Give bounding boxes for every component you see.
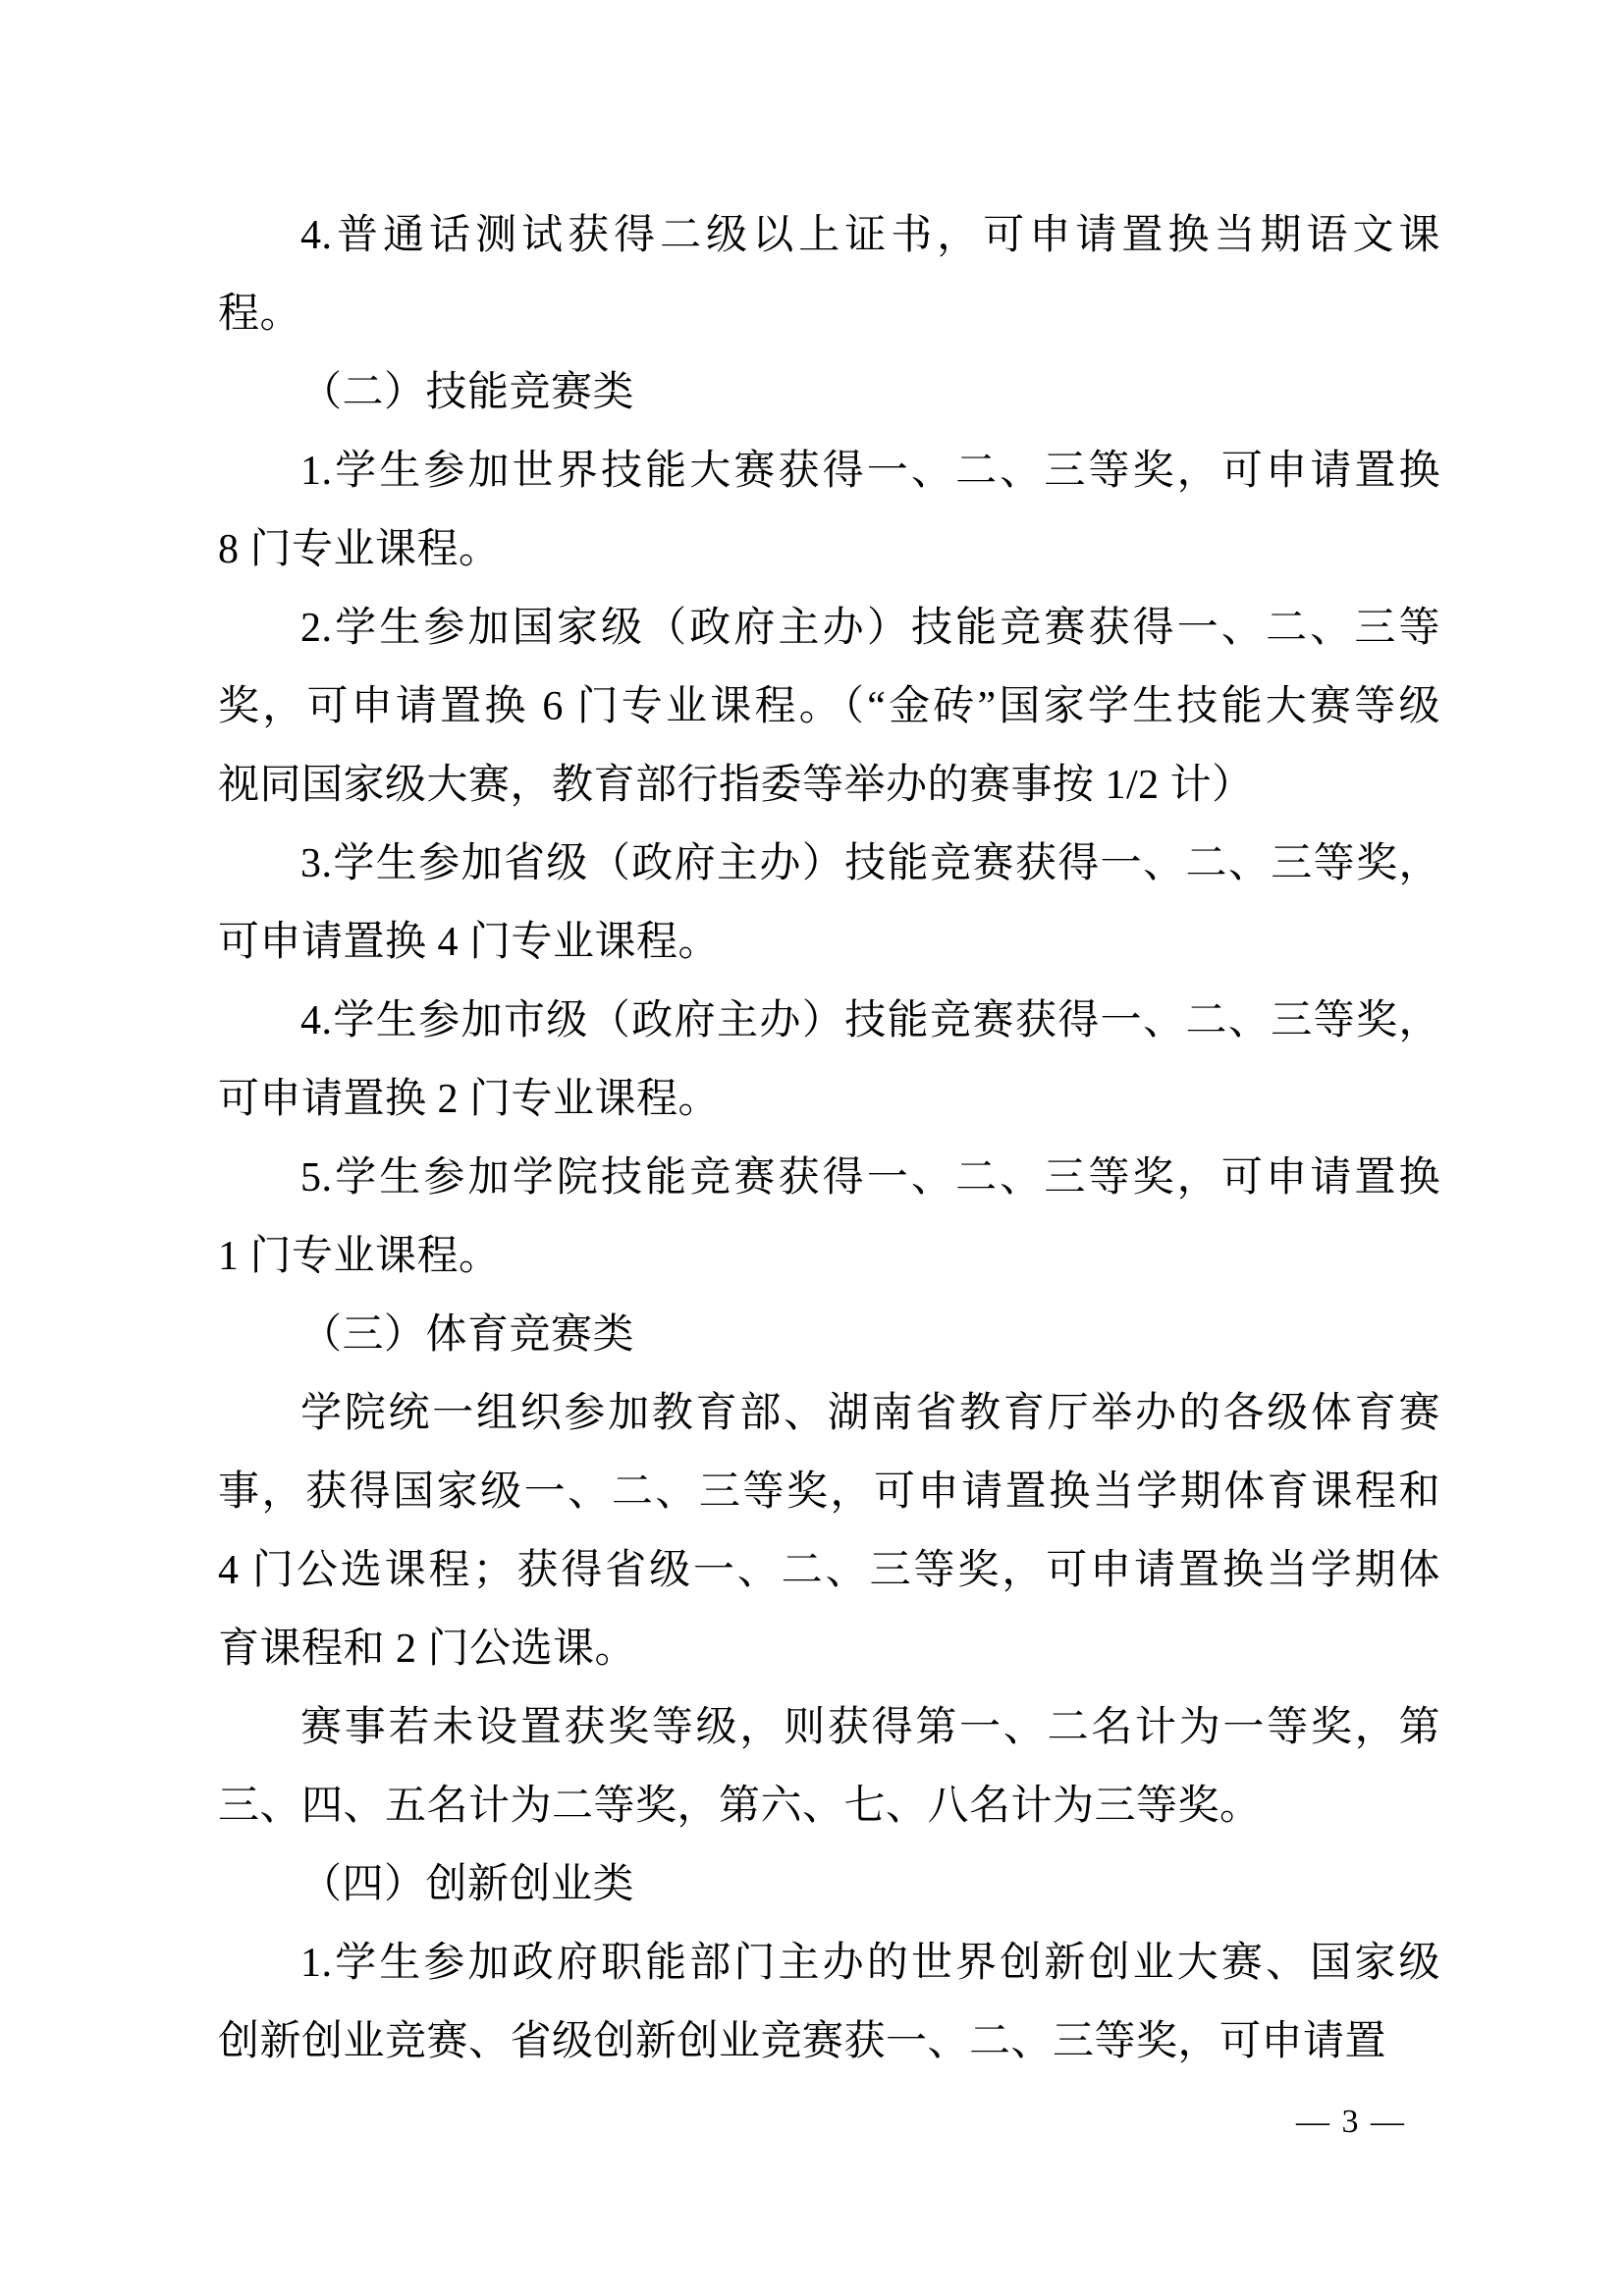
text-line: （四）创新创业类 (218, 1845, 1440, 1924)
text-line: 奖，可申请置换 6 门专业课程。（“金砖”国家学生技能大赛等级 (218, 667, 1440, 746)
paragraph: 2.学生参加国家级（政府主办）技能竞赛获得一、二、三等奖，可申请置换 6 门专业… (218, 589, 1440, 825)
text-line: 学院统一组织参加教育部、湖南省教育厅举办的各级体育赛 (218, 1374, 1440, 1453)
paragraph: 学院统一组织参加教育部、湖南省教育厅举办的各级体育赛事，获得国家级一、二、三等奖… (218, 1374, 1440, 1688)
paragraph: 5.学生参加学院技能竞赛获得一、二、三等奖，可申请置换1 门专业课程。 (218, 1139, 1440, 1296)
text-line: 事，获得国家级一、二、三等奖，可申请置换当学期体育课程和 (218, 1453, 1440, 1531)
text-line: 创新创业竞赛、省级创新创业竞赛获一、二、三等奖，可申请置 (218, 2002, 1440, 2081)
paragraph: 1.学生参加世界技能大赛获得一、二、三等奖，可申请置换8 门专业课程。 (218, 432, 1440, 589)
paragraph: 4.学生参加市级（政府主办）技能竞赛获得一、二、三等奖，可申请置换 2 门专业课… (218, 982, 1440, 1139)
text-line: 可申请置换 4 门专业课程。 (218, 903, 1440, 982)
paragraph: （三）体育竞赛类 (218, 1296, 1440, 1374)
paragraph: 赛事若未设置获奖等级，则获得第一、二名计为一等奖，第三、四、五名计为二等奖，第六… (218, 1688, 1440, 1845)
text-line: 赛事若未设置获奖等级，则获得第一、二名计为一等奖，第 (218, 1688, 1440, 1767)
paragraph: 3.学生参加省级（政府主办）技能竞赛获得一、二、三等奖，可申请置换 4 门专业课… (218, 825, 1440, 982)
text-line: 4.学生参加市级（政府主办）技能竞赛获得一、二、三等奖， (218, 982, 1440, 1060)
text-line: 视同国家级大赛，教育部行指委等举办的赛事按 1/2 计） (218, 746, 1440, 825)
document-page: 4.普通话测试获得二级以上证书，可申请置换当期语文课程。（二）技能竞赛类1.学生… (0, 0, 1624, 2296)
paragraph: 1.学生参加政府职能部门主办的世界创新创业大赛、国家级创新创业竞赛、省级创新创业… (218, 1924, 1440, 2081)
text-line: 1 门专业课程。 (218, 1217, 1440, 1296)
text-line: 8 门专业课程。 (218, 510, 1440, 589)
text-line: 4 门公选课程；获得省级一、二、三等奖，可申请置换当学期体 (218, 1531, 1440, 1610)
text-line: 三、四、五名计为二等奖，第六、七、八名计为三等奖。 (218, 1767, 1440, 1845)
text-line: 5.学生参加学院技能竞赛获得一、二、三等奖，可申请置换 (218, 1139, 1440, 1217)
text-line: 4.普通话测试获得二级以上证书，可申请置换当期语文课 (218, 196, 1440, 275)
page-number: — 3 — (1296, 2099, 1406, 2146)
paragraph: 4.普通话测试获得二级以上证书，可申请置换当期语文课程。 (218, 196, 1440, 353)
text-line: 育课程和 2 门公选课。 (218, 1610, 1440, 1688)
document-body: 4.普通话测试获得二级以上证书，可申请置换当期语文课程。（二）技能竞赛类1.学生… (218, 196, 1440, 2081)
text-line: 程。 (218, 275, 1440, 353)
paragraph: （二）技能竞赛类 (218, 353, 1440, 432)
paragraph: （四）创新创业类 (218, 1845, 1440, 1924)
text-line: 1.学生参加政府职能部门主办的世界创新创业大赛、国家级 (218, 1924, 1440, 2002)
text-line: 3.学生参加省级（政府主办）技能竞赛获得一、二、三等奖， (218, 825, 1440, 903)
text-line: 可申请置换 2 门专业课程。 (218, 1060, 1440, 1139)
text-line: 2.学生参加国家级（政府主办）技能竞赛获得一、二、三等 (218, 589, 1440, 667)
text-line: （三）体育竞赛类 (218, 1296, 1440, 1374)
text-line: 1.学生参加世界技能大赛获得一、二、三等奖，可申请置换 (218, 432, 1440, 510)
text-line: （二）技能竞赛类 (218, 353, 1440, 432)
